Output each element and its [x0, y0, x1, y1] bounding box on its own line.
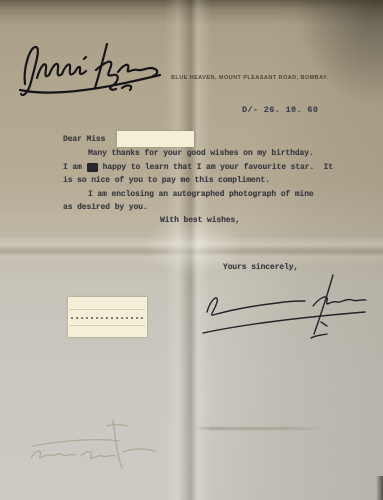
body-line-2-post: happy to learn that I am your favourite … [103, 163, 333, 172]
letterhead-address: BLUE HEAVEN, MOUNT PLEASANT ROAD, BOMBAY… [171, 75, 329, 81]
sticker-struck-text-line [71, 317, 144, 319]
ink-smudge-line [192, 427, 327, 430]
body-line-4: I am enclosing an autographed photograph… [88, 190, 314, 199]
body-line-3: is so nice of you to pay me this complim… [63, 176, 270, 185]
name-redaction-patch [117, 131, 194, 147]
salutation: Dear Miss [63, 135, 105, 144]
main-signature [193, 270, 373, 345]
letter-photo: BLUE HEAVEN, MOUNT PLEASANT ROAD, BOMBAY… [0, 0, 383, 500]
body-line-5: as desired by you. [63, 203, 148, 212]
sticker-rule-line [70, 325, 144, 326]
address-redaction-patch [68, 297, 147, 337]
top-signature [10, 26, 170, 98]
body-line-2-pre: I am [63, 163, 82, 172]
closing-wishes: With best wishes, [160, 216, 240, 225]
body-line-2: I am so happy to learn that I am your fa… [63, 163, 333, 172]
faint-signature-icon [15, 408, 180, 478]
sticker-rule-line [70, 309, 144, 310]
bleedthrough-signature [15, 408, 180, 478]
body-line-1: Many thanks for your good wishes on my b… [88, 149, 314, 158]
struck-out-word: so [87, 163, 98, 172]
background-corner [376, 476, 383, 500]
date-line: D/- 26. 10. 60 [242, 105, 318, 115]
signature-ink-icon [193, 270, 373, 345]
signature-ink-icon [10, 26, 170, 98]
